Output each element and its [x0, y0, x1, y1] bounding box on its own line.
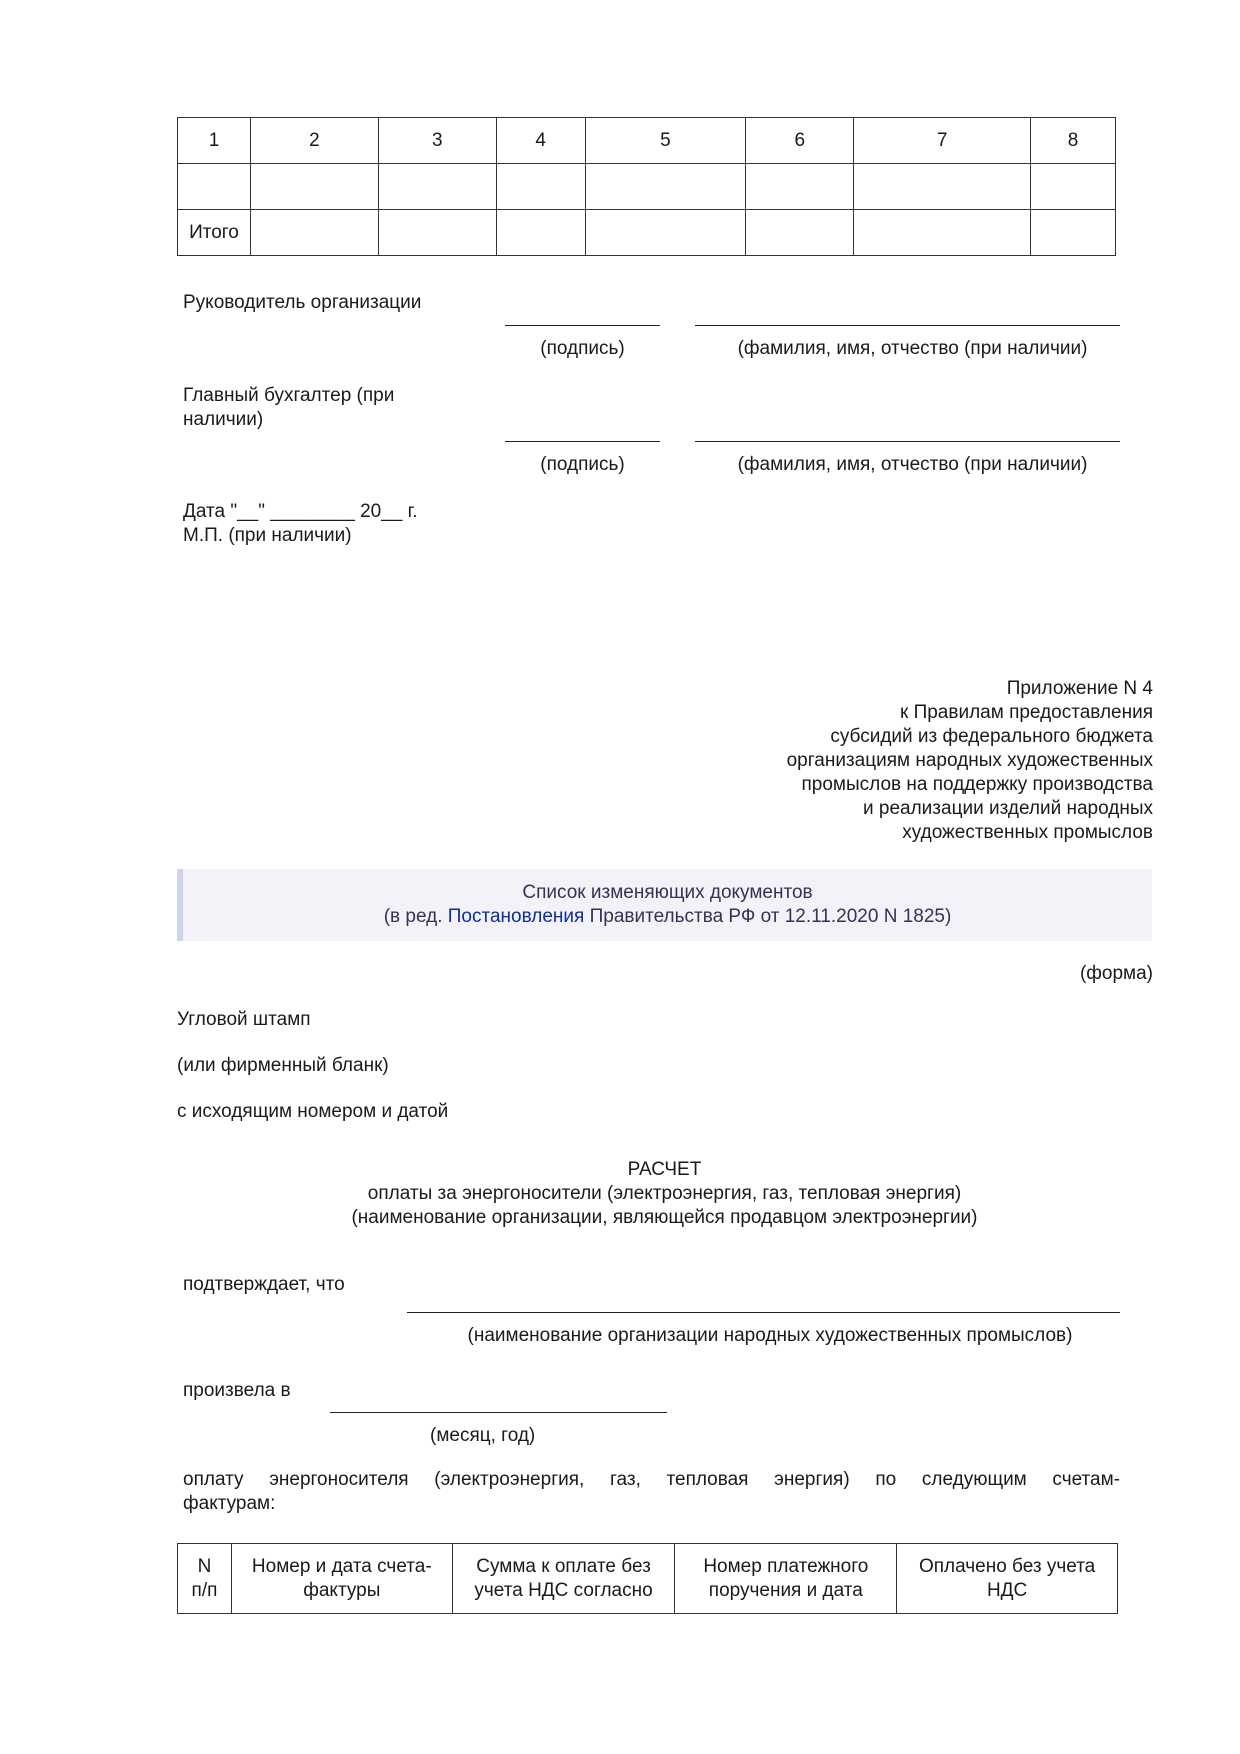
amendments-box: Список изменяющих документов (в ред. Пос…: [177, 869, 1152, 941]
appendix-header: Приложение N 4 к Правилам предоставления…: [633, 677, 1153, 845]
column-number: 8: [1031, 118, 1116, 164]
amendments-prefix: (в ред.: [384, 906, 448, 927]
appendix-line: художественных промыслов: [633, 821, 1153, 845]
table-cell[interactable]: [250, 164, 378, 210]
name-caption: (фамилия, имя, отчество (при наличии): [705, 454, 1120, 476]
header-number: Nп/п: [178, 1544, 232, 1614]
accountant-signature-line[interactable]: [505, 441, 660, 442]
column-number: 6: [746, 118, 854, 164]
signature-caption: (подпись): [505, 338, 660, 360]
organization-name-line[interactable]: [407, 1312, 1120, 1313]
header-invoice: Номер и дата счета-фактуры: [231, 1544, 452, 1614]
organization-caption: (наименование организации народных худож…: [420, 1325, 1120, 1347]
stamp-line-3: с исходящим номером и датой: [177, 1101, 448, 1123]
head-name-line[interactable]: [695, 325, 1120, 326]
resolution-link[interactable]: Постановления: [448, 906, 585, 927]
name-caption: (фамилия, имя, отчество (при наличии): [705, 338, 1120, 360]
accountant-name-line[interactable]: [695, 441, 1120, 442]
appendix-line: и реализации изделий народных: [633, 797, 1153, 821]
invoice-table: Nп/п Номер и дата счета-фактуры Сумма к …: [177, 1543, 1118, 1614]
head-signature-line[interactable]: [505, 325, 660, 326]
stamp-line-1: Угловой штамп: [177, 1009, 311, 1031]
header-line: п/п: [178, 1579, 231, 1603]
form-label: (форма): [1080, 963, 1153, 985]
date-stamp-block: Дата "__" ________ 20__ г. М.П. (при нал…: [183, 500, 418, 548]
table-cell[interactable]: [746, 210, 854, 256]
calculation-title: РАСЧЕТ: [177, 1158, 1152, 1182]
calculation-subtitle: оплаты за энергоносители (электроэнергия…: [177, 1182, 1152, 1206]
header-line: Номер и дата счета-: [232, 1555, 452, 1579]
column-number: 1: [178, 118, 251, 164]
appendix-line: Приложение N 4: [633, 677, 1153, 701]
amendments-suffix: Правительства РФ от 12.11.2020 N 1825): [584, 906, 951, 927]
invoice-header-row: Nп/п Номер и дата счета-фактуры Сумма к …: [178, 1544, 1118, 1614]
amendments-reference: (в ред. Постановления Правительства РФ о…: [183, 905, 1152, 929]
appendix-line: к Правилам предоставления: [633, 701, 1153, 725]
column-number: 7: [854, 118, 1031, 164]
table-cell[interactable]: [178, 164, 251, 210]
appendix-line: субсидий из федерального бюджета: [633, 725, 1153, 749]
header-line: Оплачено без учета: [897, 1555, 1117, 1579]
table-cell[interactable]: [378, 210, 496, 256]
column-number: 3: [378, 118, 496, 164]
accountant-label-line: наличии): [183, 408, 394, 432]
header-line: N: [178, 1555, 231, 1579]
header-line: фактуры: [232, 1579, 452, 1603]
table-header-row: 1 2 3 4 5 6 7 8: [178, 118, 1116, 164]
date-line: Дата "__" ________ 20__ г.: [183, 500, 418, 524]
header-line: поручения и дата: [675, 1579, 896, 1603]
amendments-title: Список изменяющих документов: [183, 881, 1152, 905]
table-cell[interactable]: [585, 164, 746, 210]
header-line: Сумма к оплате без: [453, 1555, 675, 1579]
signature-caption: (подпись): [505, 454, 660, 476]
table-cell[interactable]: [1031, 210, 1116, 256]
appendix-line: промыслов на поддержку производства: [633, 773, 1153, 797]
stamp-line: М.П. (при наличии): [183, 524, 418, 548]
table-total-row: Итого: [178, 210, 1116, 256]
head-label: Руководитель организации: [183, 292, 421, 314]
seller-caption: (наименование организации, являющейся пр…: [177, 1206, 1152, 1230]
calculation-heading: РАСЧЕТ оплаты за энергоносители (электро…: [177, 1158, 1152, 1230]
confirms-label: подтверждает, что: [183, 1274, 345, 1296]
header-line: НДС: [897, 1579, 1117, 1603]
header-payment-order: Номер платежногопоручения и дата: [675, 1544, 897, 1614]
appendix-line: организациям народных художественных: [633, 749, 1153, 773]
stamp-line-2: (или фирменный бланк): [177, 1055, 389, 1077]
header-amount: Сумма к оплате безучета НДС согласно: [452, 1544, 675, 1614]
accountant-label: Главный бухгалтер (при наличии): [183, 384, 394, 432]
column-number: 2: [250, 118, 378, 164]
table-cell[interactable]: [854, 210, 1031, 256]
column-number: 4: [496, 118, 585, 164]
total-label: Итого: [178, 210, 251, 256]
table-cell[interactable]: [854, 164, 1031, 210]
table-cell[interactable]: [1031, 164, 1116, 210]
header-line: Номер платежного: [675, 1555, 896, 1579]
payment-line: оплату энергоносителя (электроэнергия, г…: [183, 1468, 1120, 1492]
table-cell[interactable]: [585, 210, 746, 256]
table-cell[interactable]: [250, 210, 378, 256]
table-cell[interactable]: [746, 164, 854, 210]
table-cell[interactable]: [496, 210, 585, 256]
payment-paragraph: оплату энергоносителя (электроэнергия, г…: [183, 1468, 1120, 1516]
header-line: учета НДС согласно: [453, 1579, 675, 1603]
month-year-line[interactable]: [330, 1412, 667, 1413]
accountant-label-line: Главный бухгалтер (при: [183, 384, 394, 408]
month-year-caption: (месяц, год): [330, 1425, 667, 1447]
table-cell[interactable]: [378, 164, 496, 210]
table-row: [178, 164, 1116, 210]
column-number: 5: [585, 118, 746, 164]
summary-table: 1 2 3 4 5 6 7 8 Итого: [177, 117, 1116, 256]
payment-line: фактурам:: [183, 1492, 1120, 1516]
made-in-label: произвела в: [183, 1380, 291, 1402]
header-paid: Оплачено без учетаНДС: [897, 1544, 1118, 1614]
table-cell[interactable]: [496, 164, 585, 210]
